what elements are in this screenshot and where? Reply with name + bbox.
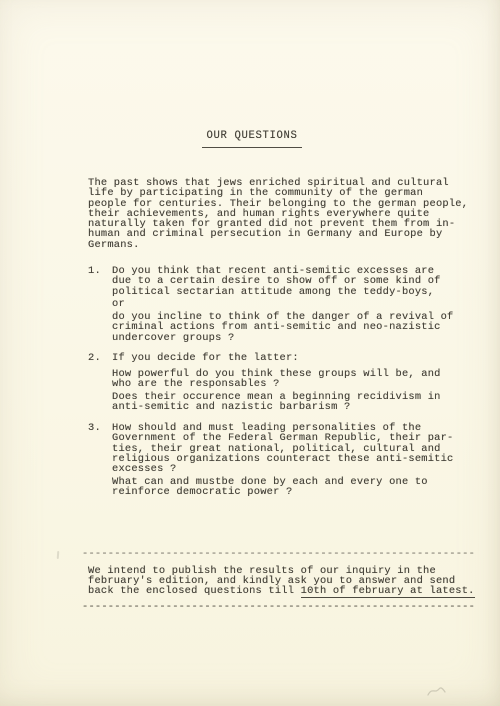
question-text: Does their occurence mean a beginning re… [112,392,454,413]
footer-line-prefix: back the enclosed questions till [88,585,301,597]
dashed-divider-top: ----------------------------------------… [82,549,475,559]
question-item-2: 2. If you decide for the latter: How pow… [88,353,454,412]
footer-text: We intend to publish the results of our … [82,566,475,597]
dashed-divider-bottom: ----------------------------------------… [82,602,475,612]
title-row: OUR QUESTIONS [0,125,500,148]
question-text: How powerful do you think these groups w… [112,369,454,390]
question-item-1: 1. Do you think that recent anti-semitic… [88,266,454,343]
scan-speck-mark [57,551,60,559]
footer-line: back the enclosed questions till 10th of… [88,586,475,596]
footer-note: ----------------------------------------… [82,549,475,612]
pencil-squiggle-mark [426,684,448,698]
question-body: If you decide for the latter: How powerf… [112,353,454,412]
question-body: Do you think that recent anti-semitic ex… [112,266,454,343]
question-text: If you decide for the latter: [112,353,454,363]
question-item-3: 3. How should and must leading personali… [88,423,454,497]
question-text: do you incline to think of the danger of… [112,312,454,343]
question-text: How should and must leading personalitie… [112,423,454,474]
question-number: 3. [88,423,112,497]
question-text: or [112,299,454,309]
deadline-underlined-text: 10th of february at latest. [301,585,475,598]
question-number: 1. [88,266,112,343]
question-number: 2. [88,353,112,412]
questions-list: 1. Do you think that recent anti-semitic… [88,266,454,497]
question-text: Do you think that recent anti-semitic ex… [112,266,454,297]
page-title: OUR QUESTIONS [202,130,303,148]
question-body: How should and must leading personalitie… [112,423,454,497]
question-text: What can and mustbe done by each and eve… [112,477,454,498]
intro-paragraph: The past shows that jews enriched spirit… [88,178,468,250]
